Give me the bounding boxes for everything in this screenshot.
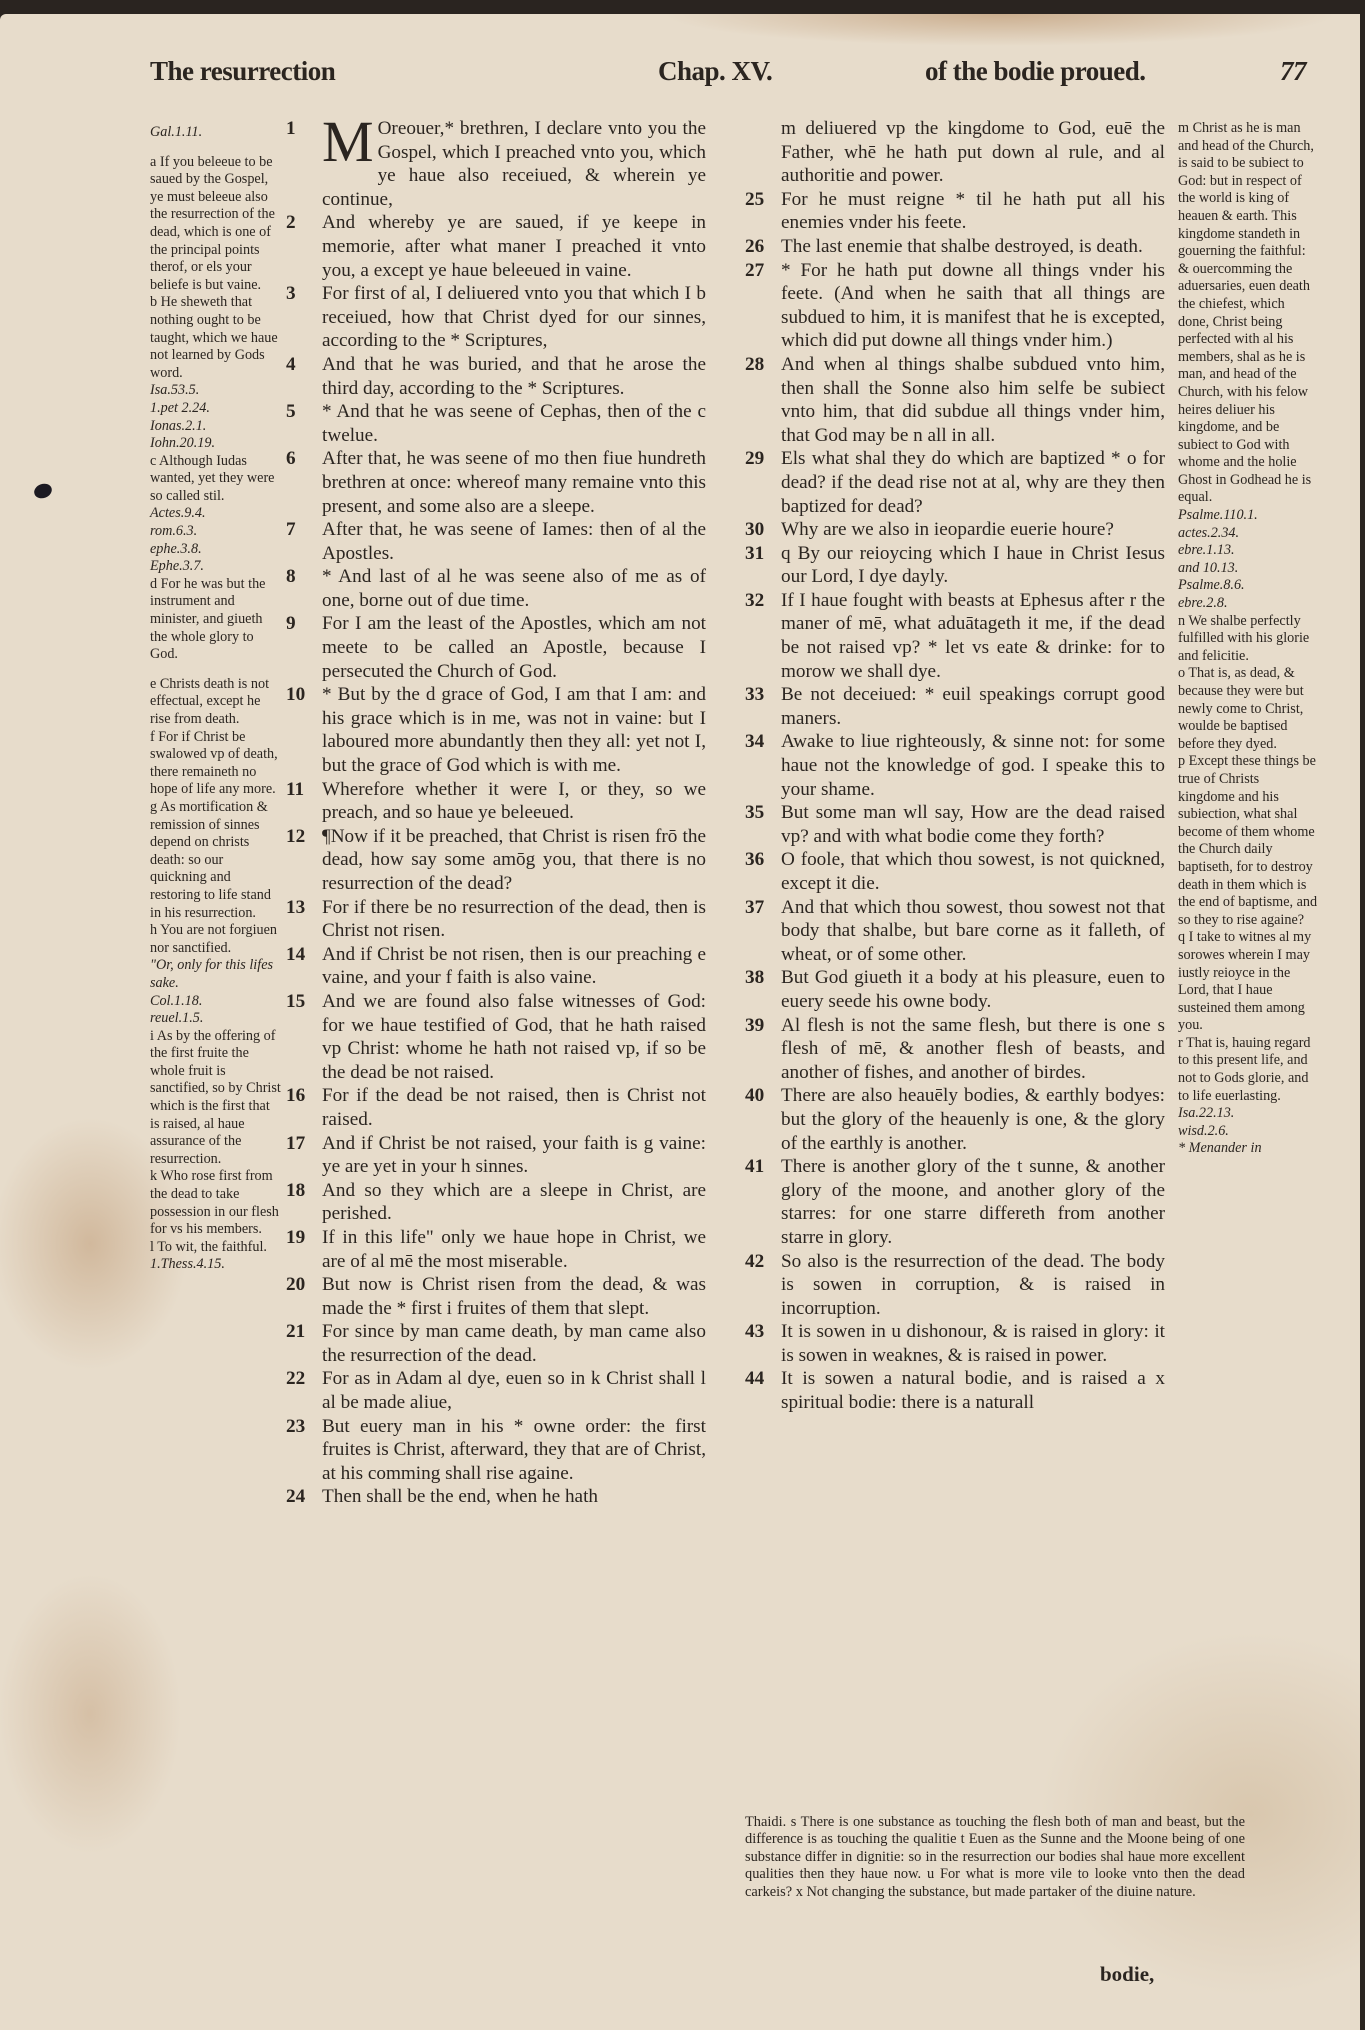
verse-text: Wherefore whether it were I, or they, so… xyxy=(322,778,706,825)
drop-cap: M xyxy=(322,119,374,165)
verse-number: 35 xyxy=(745,801,775,825)
verse-number: 5 xyxy=(286,400,316,424)
verse-number: 18 xyxy=(286,1179,316,1203)
verse-number: 27 xyxy=(745,259,775,283)
verse-text: * And last of al he was seene also of me… xyxy=(322,565,706,612)
verse-text: And that he was buried, and that he aros… xyxy=(322,353,706,400)
main-column-right: m deliuered vp the kingdome to God, euē … xyxy=(745,117,1165,1415)
verse: 15And we are found also false witnesses … xyxy=(286,990,706,1084)
verse-text: It is sowen a natural bodie, and is rais… xyxy=(781,1367,1165,1414)
cross-reference: rom.6.3. xyxy=(150,523,282,541)
verse: 10* But by the d grace of God, I am that… xyxy=(286,683,706,777)
verse-text: And so they which are a sleepe in Christ… xyxy=(322,1179,706,1226)
cross-reference: "Or, only for this lifes sake. xyxy=(150,957,282,992)
verse-number: 19 xyxy=(286,1226,316,1250)
verse: 21For since by man came death, by man ca… xyxy=(286,1320,706,1367)
verse: 25For he must reigne * til he hath put a… xyxy=(745,188,1165,235)
cross-reference: ebre.2.8. xyxy=(1178,595,1318,613)
verse: 33Be not deceiued: * euil speakings corr… xyxy=(745,683,1165,730)
verse-number: 9 xyxy=(286,612,316,636)
margin-note: p Except these things be true of Christs… xyxy=(1178,753,1318,929)
verse-text: ¶Now if it be preached, that Christ is r… xyxy=(322,825,706,896)
verse-text: But now is Christ risen from the dead, &… xyxy=(322,1273,706,1320)
verse-number: 20 xyxy=(286,1273,316,1297)
verse-text: For since by man came death, by man came… xyxy=(322,1320,706,1367)
verse-text: And that which thou sowest, thou sowest … xyxy=(781,896,1165,967)
chapter-label: Chap. XV. xyxy=(658,56,772,87)
cross-reference: * Menander in xyxy=(1178,1140,1318,1158)
verse: 41There is another glory of the t sunne,… xyxy=(745,1155,1165,1249)
verse-text: O foole, that which thou sowest, is not … xyxy=(781,848,1165,895)
verse-number: 1 xyxy=(286,117,316,141)
verse-number: 43 xyxy=(745,1320,775,1344)
cross-reference: 1.Thess.4.15. xyxy=(150,1256,282,1274)
verse-text: There are also heauēly bodies, & earthly… xyxy=(781,1084,1165,1155)
verse: 2And whereby ye are saued, if ye keepe i… xyxy=(286,211,706,282)
margin-note: f For if Christ be swalowed vp of death,… xyxy=(150,729,282,799)
running-head-left: The resurrection xyxy=(150,56,335,87)
verse: 18And so they which are a sleepe in Chri… xyxy=(286,1179,706,1226)
verse-number: 21 xyxy=(286,1320,316,1344)
verse-number: 23 xyxy=(286,1415,316,1439)
verse-text: And if Christ be not raised, your faith … xyxy=(322,1132,706,1179)
verse-number: 7 xyxy=(286,518,316,542)
verse-text: For if the dead be not raised, then is C… xyxy=(322,1084,706,1131)
margin-note: l To wit, the faithful. xyxy=(150,1239,282,1257)
verse-text: It is sowen in u dishonour, & is raised … xyxy=(781,1320,1165,1367)
verse: 6After that, he was seene of mo then fiu… xyxy=(286,447,706,518)
verse-text: And we are found also false witnesses of… xyxy=(322,990,706,1084)
verse-text: After that, he was seene of mo then fiue… xyxy=(322,447,706,518)
verse-text: Al flesh is not the same flesh, but ther… xyxy=(781,1014,1165,1085)
verse-text-body: Oreouer,* brethren, I declare vnto you t… xyxy=(322,118,706,210)
verse: 31q By our reioycing which I haue in Chr… xyxy=(745,542,1165,589)
verse-text: The last enemie that shalbe destroyed, i… xyxy=(781,235,1165,259)
verse-text: For he must reigne * til he hath put all… xyxy=(781,188,1165,235)
cross-reference: Psalme.110.1. xyxy=(1178,507,1318,525)
verse: 4And that he was buried, and that he aro… xyxy=(286,353,706,400)
verse-number: 34 xyxy=(745,730,775,754)
verse: 1MOreouer,* brethren, I declare vnto you… xyxy=(286,117,706,211)
verse: 16For if the dead be not raised, then is… xyxy=(286,1084,706,1131)
cross-reference: actes.2.34. xyxy=(1178,525,1318,543)
verse: 14And if Christ be not risen, then is ou… xyxy=(286,943,706,990)
margin-note: b He sheweth that nothing ought to be ta… xyxy=(150,294,282,382)
verse: 37And that which thou sowest, thou sowes… xyxy=(745,896,1165,967)
verse-number: 11 xyxy=(286,778,316,802)
book-page: The resurrection Chap. XV. of the bodie … xyxy=(0,14,1360,2030)
verse-number: 37 xyxy=(745,896,775,920)
verse-text: Be not deceiued: * euil speakings corrup… xyxy=(781,683,1165,730)
cross-reference: Col.1.18. xyxy=(150,993,282,1011)
verse-number: 38 xyxy=(745,966,775,990)
verse: 39Al flesh is not the same flesh, but th… xyxy=(745,1014,1165,1085)
margin-note: c Although Iudas wanted, yet they were s… xyxy=(150,453,282,506)
cross-reference: 1.pet 2.24. xyxy=(150,400,282,418)
verse-number: 42 xyxy=(745,1250,775,1274)
verse-text: q By our reioycing which I haue in Chris… xyxy=(781,542,1165,589)
verse-number: 32 xyxy=(745,589,775,613)
verse: 36O foole, that which thou sowest, is no… xyxy=(745,848,1165,895)
verse-text: MOreouer,* brethren, I declare vnto you … xyxy=(322,117,706,211)
verse: 32If I haue fought with beasts at Ephesu… xyxy=(745,589,1165,683)
verse-number: 30 xyxy=(745,518,775,542)
verse-number: 4 xyxy=(286,353,316,377)
verse: 28And when al things shalbe subdued vnto… xyxy=(745,353,1165,447)
verse-number: 13 xyxy=(286,896,316,920)
verse: 40There are also heauēly bodies, & earth… xyxy=(745,1084,1165,1155)
margin-note: e Christs death is not effectual, except… xyxy=(150,676,282,729)
verse: 7After that, he was seene of Iames: then… xyxy=(286,518,706,565)
verse-number: 14 xyxy=(286,943,316,967)
margin-note: i As by the offering of the first fruite… xyxy=(150,1028,282,1169)
verse-text: After that, he was seene of Iames: then … xyxy=(322,518,706,565)
verse: 12¶Now if it be preached, that Christ is… xyxy=(286,825,706,896)
verse: 20But now is Christ risen from the dead,… xyxy=(286,1273,706,1320)
verse-number: 16 xyxy=(286,1084,316,1108)
right-margin-notes: m Christ as he is man and head of the Ch… xyxy=(1178,120,1318,1158)
verse-number: 15 xyxy=(286,990,316,1014)
footnotes: Thaidi. s There is one substance as touc… xyxy=(745,1814,1245,1901)
verse: 23But euery man in his * owne order: the… xyxy=(286,1415,706,1486)
verse-number: 28 xyxy=(745,353,775,377)
verse: 24Then shall be the end, when he hath xyxy=(286,1485,706,1509)
verse-text: For I am the least of the Apostles, whic… xyxy=(322,612,706,683)
verse: 42So also is the resurrection of the dea… xyxy=(745,1250,1165,1321)
verse-text: And if Christ be not risen, then is our … xyxy=(322,943,706,990)
verse-number: 17 xyxy=(286,1132,316,1156)
left-margin-notes: Gal.1.11.a If you beleeue to be saued by… xyxy=(150,124,282,1274)
verse-number: 44 xyxy=(745,1367,775,1391)
verse: 38But God giueth it a body at his pleasu… xyxy=(745,966,1165,1013)
verse-number: 3 xyxy=(286,282,316,306)
verse: 5* And that he was seene of Cephas, then… xyxy=(286,400,706,447)
running-head-title: of the bodie proued. xyxy=(925,56,1146,87)
verse-text: But some man wll say, How are the dead r… xyxy=(781,801,1165,848)
cross-reference: wisd.2.6. xyxy=(1178,1123,1318,1141)
cross-reference: ebre.1.13. xyxy=(1178,542,1318,560)
ink-blot xyxy=(32,481,54,500)
verse: 34Awake to liue righteously, & sinne not… xyxy=(745,730,1165,801)
verse-text: But euery man in his * owne order: the f… xyxy=(322,1415,706,1486)
verse-text: Why are we also in ieopardie euerie hour… xyxy=(781,518,1165,542)
cross-reference: ephe.3.8. xyxy=(150,541,282,559)
verse-text: And when al things shalbe subdued vnto h… xyxy=(781,353,1165,447)
verse-number: 36 xyxy=(745,848,775,872)
verse-text: So also is the resurrection of the dead.… xyxy=(781,1250,1165,1321)
running-header: The resurrection Chap. XV. of the bodie … xyxy=(0,56,1360,96)
verse-number: 12 xyxy=(286,825,316,849)
verse-text: There is another glory of the t sunne, &… xyxy=(781,1155,1165,1249)
margin-note: d For he was but the instrument and mini… xyxy=(150,576,282,664)
verse-number: 25 xyxy=(745,188,775,212)
verse-text: But God giueth it a body at his pleasure… xyxy=(781,966,1165,1013)
margin-note: n We shalbe perfectly fulfilled with his… xyxy=(1178,613,1318,666)
verse: 44It is sowen a natural bodie, and is ra… xyxy=(745,1367,1165,1414)
margin-note: q I take to witnes al my sorowes wherein… xyxy=(1178,929,1318,1035)
margin-note: g As mortification & remission of sinnes… xyxy=(150,799,282,922)
verse: 30Why are we also in ieopardie euerie ho… xyxy=(745,518,1165,542)
cross-reference: Isa.22.13. xyxy=(1178,1105,1318,1123)
page-number: 77 xyxy=(1280,56,1306,87)
margin-note: r That is, hauing regard to this present… xyxy=(1178,1035,1318,1105)
cross-reference: and 10.13. xyxy=(1178,560,1318,578)
verse-number: 26 xyxy=(745,235,775,259)
verse-text: For as in Adam al dye, euen so in k Chri… xyxy=(322,1367,706,1414)
verse-number: 29 xyxy=(745,447,775,471)
verse-text: And whereby ye are saued, if ye keepe in… xyxy=(322,211,706,282)
verse-text: Awake to liue righteously, & sinne not: … xyxy=(781,730,1165,801)
verse-text: For if there be no resurrection of the d… xyxy=(322,896,706,943)
verse: 22For as in Adam al dye, euen so in k Ch… xyxy=(286,1367,706,1414)
cross-reference: Psalme.8.6. xyxy=(1178,577,1318,595)
verse-text: Then shall be the end, when he hath xyxy=(322,1485,706,1509)
verse-text: * And that he was seene of Cephas, then … xyxy=(322,400,706,447)
verse-number: 10 xyxy=(286,683,316,707)
verse: 11Wherefore whether it were I, or they, … xyxy=(286,778,706,825)
margin-note: h You are not forgiuen nor sanctified. xyxy=(150,922,282,957)
verse-text: If I haue fought with beasts at Ephesus … xyxy=(781,589,1165,683)
verse-number: 41 xyxy=(745,1155,775,1179)
verse: 29Els what shal they do which are baptiz… xyxy=(745,447,1165,518)
cross-reference: Actes.9.4. xyxy=(150,505,282,523)
verse: 3For first of al, I deliuered vnto you t… xyxy=(286,282,706,353)
verse-text: Els what shal they do which are baptized… xyxy=(781,447,1165,518)
margin-note: k Who rose first from the dead to take p… xyxy=(150,1168,282,1238)
verse-number: 24 xyxy=(286,1485,316,1509)
cross-reference: reuel.1.5. xyxy=(150,1010,282,1028)
verse: 19If in this life" only we haue hope in … xyxy=(286,1226,706,1273)
cross-reference: Iohn.20.19. xyxy=(150,435,282,453)
margin-note: o That is, as dead, & because they were … xyxy=(1178,665,1318,753)
verse-number: 2 xyxy=(286,211,316,235)
verse: 43It is sowen in u dishonour, & is raise… xyxy=(745,1320,1165,1367)
verse: m deliuered vp the kingdome to God, euē … xyxy=(745,117,1165,188)
verse: 9For I am the least of the Apostles, whi… xyxy=(286,612,706,683)
verse-text: * But by the d grace of God, I am that I… xyxy=(322,683,706,777)
verse-number: 40 xyxy=(745,1084,775,1108)
catchword: bodie, xyxy=(1100,1962,1154,1987)
verse-number: 31 xyxy=(745,542,775,566)
verse-number: 33 xyxy=(745,683,775,707)
verse-text: If in this life" only we haue hope in Ch… xyxy=(322,1226,706,1273)
verse: 35But some man wll say, How are the dead… xyxy=(745,801,1165,848)
verse-text: * For he hath put downe all things vnder… xyxy=(781,259,1165,353)
margin-note: a If you beleeue to be saued by the Gosp… xyxy=(150,154,282,295)
cross-reference: Ephe.3.7. xyxy=(150,558,282,576)
verse: 8* And last of al he was seene also of m… xyxy=(286,565,706,612)
cross-reference: Gal.1.11. xyxy=(150,124,282,142)
verse-number: 6 xyxy=(286,447,316,471)
verse-text: For first of al, I deliuered vnto you th… xyxy=(322,282,706,353)
verse-number: 39 xyxy=(745,1014,775,1038)
verse: 17And if Christ be not raised, your fait… xyxy=(286,1132,706,1179)
margin-note: m Christ as he is man and head of the Ch… xyxy=(1178,120,1318,507)
verse: 13For if there be no resurrection of the… xyxy=(286,896,706,943)
verse: 27* For he hath put downe all things vnd… xyxy=(745,259,1165,353)
verse-number: 22 xyxy=(286,1367,316,1391)
verse-number: 8 xyxy=(286,565,316,589)
verse: 26The last enemie that shalbe destroyed,… xyxy=(745,235,1165,259)
cross-reference: Isa.53.5. xyxy=(150,382,282,400)
cross-reference: Ionas.2.1. xyxy=(150,418,282,436)
verse-text: m deliuered vp the kingdome to God, euē … xyxy=(781,117,1165,188)
main-column-left: 1MOreouer,* brethren, I declare vnto you… xyxy=(286,117,706,1509)
